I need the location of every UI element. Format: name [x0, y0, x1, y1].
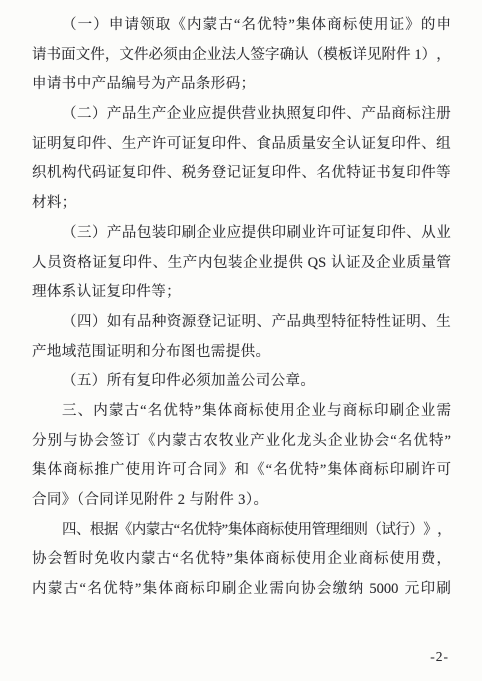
scanned-document-page: （一）申请领取《内蒙古“名优特”集体商标使用证》的申请书面文件，文件必须由企业法…	[0, 0, 482, 681]
document-text-body: （一）申请领取《内蒙古“名优特”集体商标使用证》的申请书面文件，文件必须由企业法…	[32, 11, 451, 605]
text-line: （三）产品包装印刷企业应提供印刷业许可证复印件、从业	[32, 219, 451, 249]
text-line: （二）产品生产企业应提供营业执照复印件、产品商标注册	[32, 100, 451, 130]
text-line: 请书面文件，文件必须由企业法人签字确认（模板详见附件 1），	[32, 41, 451, 71]
text-line: （一）申请领取《内蒙古“名优特”集体商标使用证》的申	[32, 11, 451, 41]
text-line: 申请书中产品编号为产品条形码；	[32, 70, 451, 100]
text-line: 合同》（合同详见附件 2 与附件 3）。	[32, 486, 451, 516]
text-line: 证明复印件、生产许可证复印件、食品质量安全认证复印件、组	[32, 130, 451, 160]
page-number: -2-	[430, 648, 449, 666]
text-line: （四）如有品种资源登记证明、产品典型特征特性证明、生	[32, 308, 451, 338]
text-line: 材料；	[32, 189, 451, 219]
text-line: 产地域范围证明和分布图也需提供。	[32, 338, 451, 368]
text-line: 分别与协会签订《内蒙古农牧业产业化龙头企业协会“名优特”	[32, 427, 451, 457]
text-line: 三、内蒙古“名优特”集体商标使用企业与商标印刷企业需	[32, 397, 451, 427]
text-line: 织机构代码证复印件、税务登记证复印件、名优特证书复印件等	[32, 159, 451, 189]
text-line: 人员资格证复印件、生产内包装企业提供 QS 认证及企业质量管	[32, 249, 451, 279]
text-line: 内蒙古“名优特”集体商标印刷企业需向协会缴纳 5000 元印刷	[32, 575, 451, 605]
text-line: 四、根据《内蒙古“名优特”集体商标使用管理细则（试行）》，	[32, 516, 451, 546]
text-line: （五）所有复印件必须加盖公司公章。	[32, 367, 451, 397]
text-line: 理体系认证复印件等；	[32, 278, 451, 308]
text-line: 集体商标推广使用许可合同》和《“名优特”集体商标印刷许可	[32, 456, 451, 486]
text-line: 协会暂时免收内蒙古“名优特”集体商标使用企业商标使用费，	[32, 545, 451, 575]
